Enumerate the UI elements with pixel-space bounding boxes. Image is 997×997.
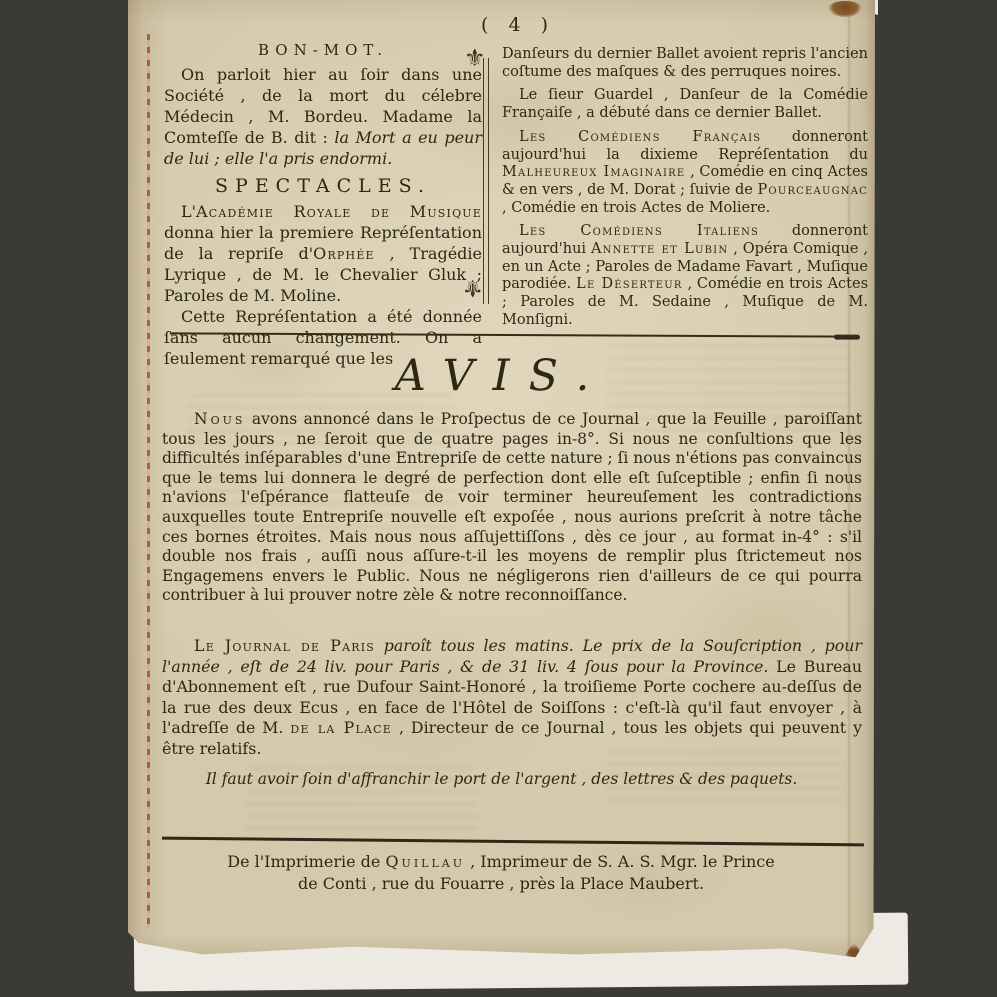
- imprint-line-2: de Conti , rue du Fouarre , près la Plac…: [181, 873, 821, 895]
- spectacles-paragraph-1: L'Académie Royale de Musique donna hier …: [164, 201, 482, 306]
- page-number: ( 4 ): [458, 14, 578, 36]
- newspaper-page: ( 4 ) BON-MOT. On parloit hier au ſoir d…: [128, 0, 875, 963]
- right-column: Danſeurs du dernier Ballet avoient repri…: [502, 46, 868, 330]
- red-deckle-edge: [147, 34, 150, 928]
- comediens-italiens-paragraph: Les Comédiens Italiens donneront aujourd…: [502, 223, 868, 329]
- fleuron-icon: ⚜: [462, 276, 484, 300]
- section-rule-bottom: [162, 837, 864, 846]
- imprint-colophon: De l'Imprimerie de Quillau , Imprimeur d…: [181, 851, 821, 895]
- spectacles-heading: SPECTACLES.: [164, 176, 482, 197]
- avis-body: Nous avons annoncé dans le Proſpectus de…: [162, 410, 862, 606]
- avis-heading: AVIS.: [128, 351, 875, 401]
- ink-blotch-top-right: [827, 1, 863, 17]
- affranchir-notice: Il faut avoir ſoin d'affranchir le port …: [128, 770, 875, 788]
- avis-paragraph: Nous avons annoncé dans le Proſpectus de…: [162, 410, 862, 606]
- bon-mot-paragraph: On parloit hier au ſoir dans une Société…: [164, 64, 482, 169]
- bon-mot-heading: BON-MOT.: [164, 40, 482, 61]
- journal-subscription-paragraph: Le Journal de Paris paroît tous les mati…: [162, 636, 862, 760]
- comediens-francais-paragraph: Les Comédiens Français donneront aujourd…: [502, 129, 868, 218]
- ballet-paragraph: Danſeurs du dernier Ballet avoient repri…: [502, 46, 868, 81]
- left-column: BON-MOT. On parloit hier au ſoir dans un…: [164, 40, 482, 369]
- column-divider-rule: [483, 58, 489, 304]
- guardel-paragraph: Le ſieur Guardel , Danſeur de la Comédie…: [502, 87, 868, 122]
- fleuron-icon: ⚜: [464, 46, 486, 70]
- scan-background: ( 4 ) BON-MOT. On parloit hier au ſoir d…: [0, 0, 997, 997]
- imprint-line-1: De l'Imprimerie de Quillau , Imprimeur d…: [181, 851, 821, 873]
